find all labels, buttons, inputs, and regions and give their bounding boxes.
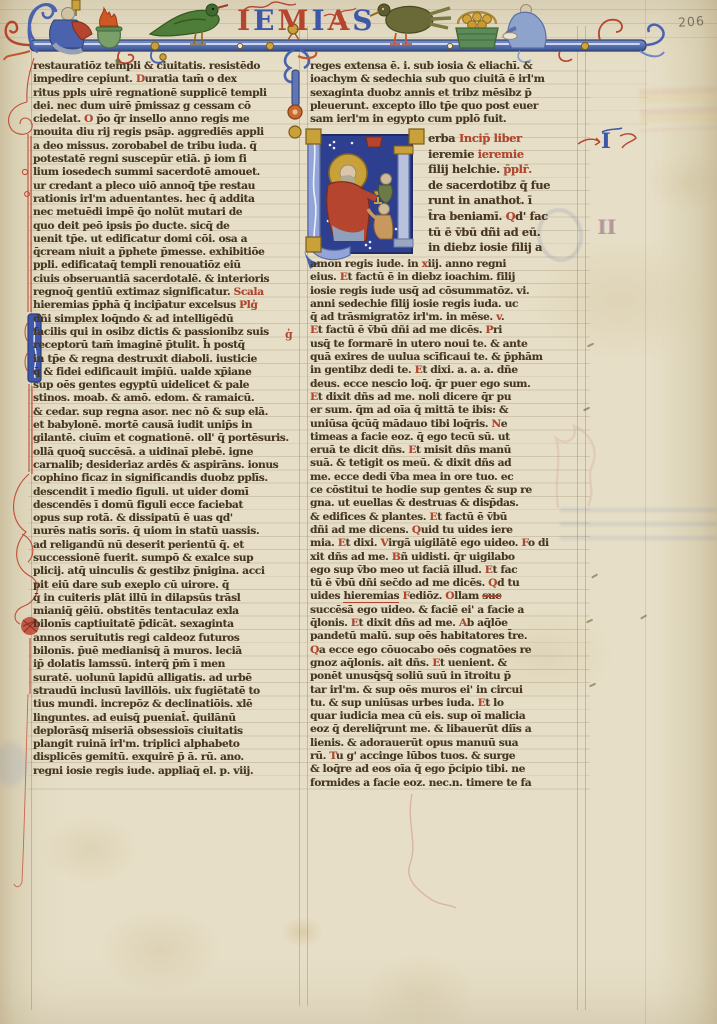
flame-pot-icon [96,8,122,48]
rubric-text: N [491,418,500,430]
rubric-text: Scala [234,286,264,298]
text-line: ce cōstitui te hodie sup gentes & sup re [310,484,580,497]
text-line: pleuerunt. excepto illo tp̄e quo post eu… [310,100,580,113]
rubric-text: Plg̓ [239,299,257,311]
rubric-text: Q [412,524,421,536]
showthrough-red-line [392,792,462,922]
green-bird-icon [144,0,239,54]
rubric-text: v [496,311,501,323]
text-line: Et dixit dñs ad me. noli dicere q̄r pu [310,391,580,404]
text-line: lium iosedech summi sacerdotē amouet. [33,166,300,179]
text-line: suratē. uolunū lapidū alligatis. ad urbē [33,672,300,685]
text-line: anni sedechie filij iosie regis iuda. uc [310,298,580,311]
text-line: timeas a facie eoz. q̄ ego tecū sū. ut [310,431,580,444]
text-ruling [590,58,648,132]
seated-man-figure [24,0,134,58]
gold-corner [306,237,321,252]
rubric-text: A [459,617,467,629]
manuscript-page: IEMIAS 206 [0,0,717,1024]
rubric-text: E [429,511,437,523]
text-line: successionē fuerit. sumpō & exalce sup [33,552,300,565]
rubric-text: E [478,697,486,709]
text-line: pandetū malū. sup oēs habitatores t̄re. [310,630,580,643]
text-line: tū ē v̄bū dñi ad eū. [428,225,580,241]
text-line: linguntes. ad euisq̄ pueniat̄. q̄uilānū [33,712,300,725]
text-line: tius mundi. increpōz & declinatiōis. xlē [33,698,300,711]
text-line: ip̄ dolatis lamssū. interq̄ p̄m̄ ī men [33,658,300,671]
right-column-body: amon regis iude. in xiij. anno regnieius… [310,258,580,792]
text-line: nec metuēdi impē q̄o nolūt mutari de [33,206,300,219]
text-line: eius. Et factū ē in diebz ioachim. filij [310,271,580,284]
text-line: potestatē regni suscepūr etiā. p̄ iom fi [33,153,300,166]
chapter-numeral-flourish [576,126,646,160]
text-line: rū. Tu g' accinge lūbos tuos. & surge [310,750,580,763]
text-line: in tp̄e & regna destruxit diaboli. iusti… [33,353,300,366]
text-line: ollā quoq̄ succēsā. a uidinaī plebē. ign… [33,446,300,459]
text-line: opus sup rotā. & dissipatū ē uas qd' [33,512,300,525]
text-line: q̄ & fidei edificauit imp̄iū. ualde xp̄i… [33,366,300,379]
text-line: iosie regis iude usq̄ ad cōsummatōz. vi. [310,285,580,298]
rubric-text: x [422,258,428,270]
text-line: eruā te dicit dñs. Et misit dñs manū [310,444,580,457]
rubric-text: Incip̄ liber [459,131,522,145]
text-line: deus. ecce nescio loq̄. q̄r puer ego sum… [310,378,580,391]
text-line: quo deit peō ipsis p̄o ducte. sicq̄ de [33,220,300,233]
folio-number: 206 [678,13,706,30]
text-line: tu. & sup uniūsas urbes iuda. Et lo [310,697,580,710]
rubric-text: O [445,590,454,602]
rubric-text: suc [482,590,501,602]
text-line: & loq̄re ad eos oīa q̄ ego p̄cipio tibi.… [310,763,580,776]
rubric-text: E [408,444,416,456]
rubric-text: Q [310,644,319,656]
margin-tick [591,573,598,578]
right-column-top: reges extensa ē. i. sub iosia & eliachī.… [310,60,580,128]
text-line: sam ierl'm in egypto cum pplō fuit. [310,113,580,126]
text-line: me. ecce dedi v̄ba mea in ore tuo. ec [310,471,580,484]
historiated-initial-V [306,129,426,265]
title-end-flourish [322,12,348,28]
rubric-text: D [136,73,145,85]
text-line: uides hieremias Fediōz. Ollam suc [310,590,580,603]
text-line: quā exires de uulua scīficaui te. & p̄ph… [310,351,580,364]
rubric-text: F [402,590,409,602]
gold-corner [409,129,424,144]
text-line: uenit tp̄e. ut edificatur domi cōi. osa … [33,233,300,246]
text-line: ad religandū nū deserit perientū q̄. et [33,539,300,552]
text-line: & cedar. sup regna asor. nec nō & sup el… [33,406,300,419]
text-line: de sacerdotibz q̄ fue [428,178,580,194]
text-line: sup oēs gentes egyptū uidelicet & pale [33,379,300,392]
text-line: in gentibz dedi te. Et dixi. a. a. a. dñ… [310,364,580,377]
text-line: ieremie ieremie [428,147,580,163]
text-line: formides a facie eoz. nec.n. timere te f… [310,777,580,790]
text-line: nurēs natis sorīs. q̄ uiom in statū uass… [33,525,300,538]
bowl-icon [503,33,517,40]
text-line: receptorū tam̄ imaginē p̄tulit. h̄ postq… [33,339,300,352]
text-line: uniūsa q̄cūq̄ mādauo tibi loq̄ris. Ne [310,418,580,431]
text-line: impedire cepiunt. Duratia tam̄ o dex [33,73,300,86]
rubric-text: E [340,271,348,283]
text-line: bilonīs captiuitatē p̄dicāt. sexaginta [33,618,300,631]
text-line: ego sup v̄bo meo ut faciā illud. Et fac [310,564,580,577]
text-line: amon regis iude. in xiij. anno regni [310,258,580,271]
text-line: rationis irl'm aduentantes. hec q̄ addit… [33,193,300,206]
rubric-text: P [485,324,493,336]
text-line: ponēt unusq̄sq̄ soliū suū in ītroitu p̄ [310,670,580,683]
text-line: sexaginta duobz annis et tribz mēsibz p̄ [310,87,580,100]
text-line: in diebz iosie filij a [428,240,580,256]
text-line: carnalib; desideriaz ardēs & aspirāns. i… [33,459,300,472]
text-line: q̄ ad trāsmigratōz irl'm. in mēse. v. [310,311,580,324]
rubric-text: E [338,537,346,549]
text-line: stinos. moab. & amō. edom. & ramaicū. [33,392,300,405]
text-line: ppli. edificataq̄ templi renouatiōz eiū [33,259,300,272]
text-line: q̄ in cuiteris plāt illū in dilapsūs trā… [33,592,300,605]
text-line: Qa ecce ego cōuocabo oēs cognatōes re [310,644,580,657]
text-line: erba Incip̄ liber [428,131,580,147]
rubric-text: Q [488,577,497,589]
text-line: succēsā ego uideo. & faciē ei' a facie a [310,604,580,617]
rubric-text: E [310,391,318,403]
rubric-text: E [485,564,493,576]
right-column-wrap: erba Incip̄ liberieremie ieremiefilij he… [428,131,580,257]
text-line: mia. Et dixi. Virgā uigilātē ego uideo. … [310,537,580,550]
text-line: q̄cream niuit a p̄phete p̄messe. exhibit… [33,246,300,259]
rubric-text: F [521,537,528,549]
text-line: quar iudicia mea cū eis. sup oī malicia [310,710,580,723]
text-line: descendit ī medio figuli. ut uider domī [33,486,300,499]
text-line: ur credant a pleco uiō annoq̄ tp̄e resta… [33,180,300,193]
rubric-text: E [415,364,423,376]
margin-tick [589,683,596,687]
text-line: hieremias p̄phā q̄ incip̄atur excelsus P… [33,299,300,312]
text-line: gna. ut euellas & destruas & disp̄das. [310,497,580,510]
text-line: facilis qui in osibz dictis & passionibz… [33,326,300,339]
robed-figure [498,0,568,54]
rubric-text: Q [506,209,516,223]
text-line: displicēs gemitū. exquirē p̄ ā. rū. ano. [33,751,300,764]
text-line: tar irl'm. & sup oēs muros ei' in circui [310,684,580,697]
rubric-text: B [392,551,401,563]
gold-corner [306,129,321,144]
text-line: er sum. q̄m ad oīa q̄ mittā te ibis: & [310,404,580,417]
rubric-text: p̄plr̄. [503,162,531,176]
rubric-text: E [351,617,359,629]
rubric-text: hieremias [343,590,399,603]
text-line: tū ē v̄bū dñi sec̄do ad me dicēs. Qd tu [310,577,580,590]
gold-lamp-icon [72,0,80,10]
text-line: dñi simplex loq̄ndo & ad intelligēdū [33,313,300,326]
rubric-text: ieremie [478,147,524,161]
text-line: runt in anathot. ī [428,193,580,209]
text-line: straudū inclusū lavillōis. uix fugiētatē… [33,685,300,698]
text-line: deplorāsq̄ miseriā obsessioīs ciuitatis [33,725,300,738]
text-line: gilantē. ciuīm et cognationē. oll' q̄ po… [33,432,300,445]
text-line: t̄ra beniamī. Qd' fac [428,209,580,225]
text-line: q̄lonis. Et dixit dñs ad me. Ab aq̄lōe [310,617,580,630]
text-line: eoz q̄ dereliq̄runt me. & libauerūt diīs… [310,723,580,736]
text-line: & edifices & plantes. Et factū ē v̄bū [310,511,580,524]
showthrough-band [639,87,717,132]
text-line: ritus ppls uirē regnationē supplicē temp… [33,87,300,100]
text-line: regnoq̄ gentiū extimaz significatur. Sca… [33,286,300,299]
rubric-text: E [310,324,318,336]
text-line: regni iosie regis iude. appliaq̄ el. p. … [33,765,300,778]
text-line: descendēs ī domū figuli ecce faciebat [33,499,300,512]
text-line: xit dñs ad me. Bñ uidisti. q̄r uigilabo [310,551,580,564]
text-line: annos seruitutis regi caldeoz futuros [33,632,300,645]
text-line: restauratiōz templi & ciuitatis. resistē… [33,60,300,73]
text-line: bilonīs. p̄uē medianisq̄ ā muros. leciā [33,645,300,658]
left-text-column: restauratiōz templi & ciuitatis. resistē… [33,60,300,793]
text-line: filij helchie. p̄plr̄. [428,162,580,178]
text-line: gnoz aq̄lonis. ait dñs. Et uenient. & [310,657,580,670]
rubric-text: O [84,113,93,125]
dark-bird-icon [352,0,452,52]
text-line: mianiq̄ gēiū. obstitēs tentaculaz exla [33,605,300,618]
text-line: ciedelat. O p̄o q̄r insello anno regis m… [33,113,300,126]
red-vessel [366,137,382,147]
text-line: pit eiū dare sub exeplo cū uirore. q̄ [33,579,300,592]
text-line: a deo missus. zorobabel de tribu iuda. q… [33,140,300,153]
ghost-numeral: II [597,215,616,239]
text-line: dñi ad me dicens. Quid tu uides iere [310,524,580,537]
rubric-text: T [329,750,336,762]
text-line: ciuis obseruantiā sacerdotalē. & interio… [33,273,300,286]
text-line: plicij. atq̄ uinculis & gestibz p̄nigina… [33,565,300,578]
text-line: ioachym & sedechia sub quo ciuitā ē irl'… [310,73,580,86]
text-line: plangit ruinā irl'm. triplici alphabeto [33,738,300,751]
text-line: cophino ficaz in significandis duobz ppl… [33,472,300,485]
text-line: dei. nec dum uirē p̄missaz g cessam cō [33,100,300,113]
text-line: mouita diu rij regis psāp. aggrediēs app… [33,126,300,139]
text-line: et babylonē. mortē causā iudit unip̄s in [33,419,300,432]
rubric-text: E [432,657,440,669]
text-line: lienis. & adorauerūt opus manuū sua [310,737,580,750]
text-line: suā. & tetigit os meū. & dixit dñs ad [310,457,580,470]
text-line: usq̄ te formarē in utero noui te. & ante [310,338,580,351]
text-line: reges extensa ē. i. sub iosia & eliachī.… [310,60,580,73]
text-line: Et factū ē v̄bū dñi ad me dicēs. Pri [310,324,580,337]
rubric-text: V [380,537,388,549]
